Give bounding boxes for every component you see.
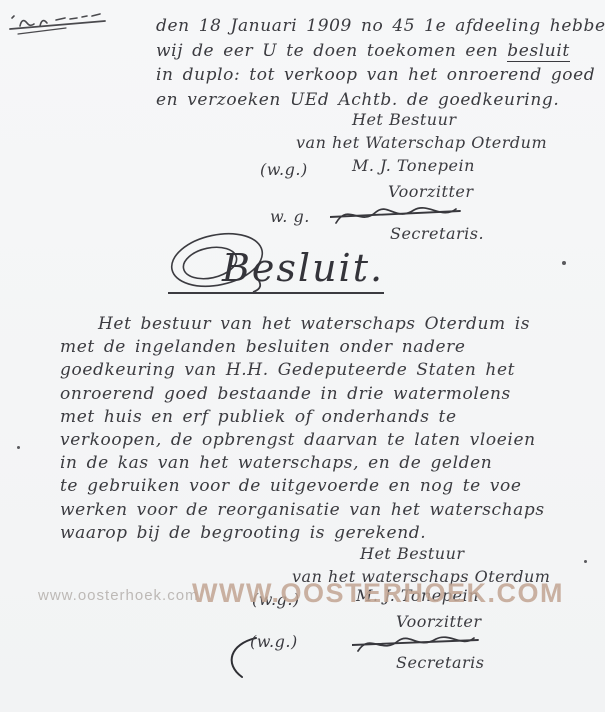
- body-line: met huis en erf publiek of onderhands te: [60, 406, 594, 429]
- body-paragraph: Het bestuur van het waterschaps Oterdum …: [60, 313, 594, 545]
- top-waterschap-line: van het Waterschap Oterdum: [296, 133, 547, 152]
- top-wg-chairman: (w.g.): [260, 160, 308, 179]
- bottom-wg-secretary: (w.g.): [250, 632, 298, 651]
- intro-line-4: en verzoeken UEd Achtb. de goedkeuring.: [156, 88, 604, 113]
- scanned-document-page: den 18 Januari 1909 no 45 1e afdeeling h…: [0, 0, 605, 712]
- heading-underline: [168, 292, 384, 294]
- paper-speck: [17, 446, 20, 449]
- intro-line-2: wij de eer U te doen toekomen een beslui…: [156, 39, 604, 64]
- document-heading: Besluit.: [222, 246, 384, 290]
- top-chairman-role: Voorzitter: [388, 182, 474, 201]
- bottom-bestuur-line: Het Bestuur: [360, 544, 465, 563]
- body-line: verkoopen, de opbrengst daarvan te laten…: [60, 429, 594, 452]
- watermark-small: www.oosterhoek.com: [38, 587, 199, 604]
- body-line: met de ingelanden besluiten onder nadere: [60, 336, 594, 359]
- body-line: te gebruiken voor de uitgevoerde en nog …: [60, 475, 594, 498]
- crossed-out-notation-icon: [8, 8, 110, 38]
- paper-speck: [562, 261, 566, 265]
- top-chairman-name: M. J. Tonepein: [352, 156, 475, 175]
- body-line: onroerend goed bestaande in drie watermo…: [60, 383, 594, 406]
- top-secretary-role: Secretaris.: [390, 224, 484, 243]
- underlined-word-besluit: besluit: [507, 41, 570, 62]
- intro-paragraph: den 18 Januari 1909 no 45 1e afdeeling h…: [156, 14, 604, 112]
- body-line: Het bestuur van het waterschaps Oterdum …: [60, 313, 594, 336]
- top-bestuur-line: Het Bestuur: [352, 110, 457, 129]
- intro-line-3: in duplo: tot verkoop van het onroerend …: [156, 63, 604, 88]
- body-line: waarop bij de begrooting is gerekend.: [60, 522, 594, 545]
- intro-line-1: den 18 Januari 1909 no 45 1e afdeeling h…: [156, 14, 604, 39]
- body-line: in de kas van het waterschaps, en de gel…: [60, 452, 594, 475]
- bottom-secretary-role: Secretaris: [396, 653, 484, 672]
- body-line: goedkeuring van H.H. Gedeputeerde Staten…: [60, 359, 594, 382]
- paper-speck: [584, 560, 587, 563]
- watermark-large: WWW.OOSTERHOEK.COM: [192, 578, 564, 609]
- top-wg-secretary: w. g.: [270, 207, 310, 226]
- body-line: werken voor de reorganisatie van het wat…: [60, 499, 594, 522]
- bottom-chairman-role: Voorzitter: [396, 612, 482, 631]
